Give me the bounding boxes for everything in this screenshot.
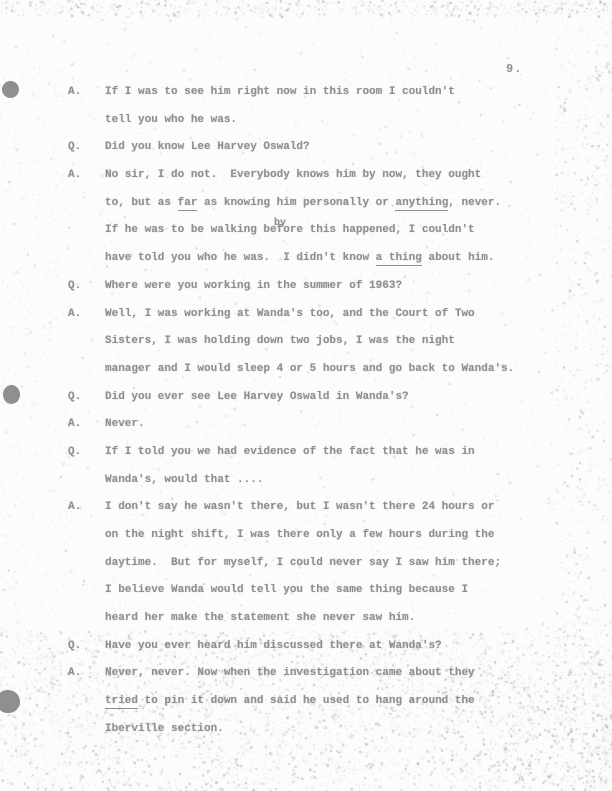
hole-punch-mark <box>3 385 20 404</box>
speaker-label: Q. <box>68 446 105 458</box>
transcript-line: Wanda's, would that .... <box>68 474 568 502</box>
line-text: Sisters, I was holding down two jobs, I … <box>105 335 455 347</box>
scanned-document-page: 9. A.If I was to see him right now in th… <box>0 0 612 791</box>
transcript-line: Sisters, I was holding down two jobs, I … <box>68 335 568 363</box>
page-number: 9. <box>506 62 522 76</box>
line-text: Have you ever heard him discussed there … <box>105 640 442 652</box>
line-text: Wanda's, would that .... <box>105 474 263 486</box>
transcript-line: Iberville section. <box>68 723 568 751</box>
transcript-line: Q.Did you know Lee Harvey Oswald? <box>68 141 568 169</box>
transcript-line: A.Well, I was working at Wanda's too, an… <box>68 308 568 336</box>
speaker-label: Q. <box>68 280 105 292</box>
speaker-label: A. <box>68 169 105 181</box>
line-text: Never. <box>105 418 145 430</box>
speaker-label: Q. <box>68 640 105 652</box>
line-text: Well, I was working at Wanda's too, and … <box>105 308 475 320</box>
line-text: If I was to see him right now in this ro… <box>105 86 455 98</box>
speaker-label: A. <box>68 667 105 679</box>
line-text: tell you who he was. <box>105 114 237 126</box>
line-text: heard her make the statement she never s… <box>105 612 415 624</box>
line-text: I don't say he wasn't there, but I wasn'… <box>105 501 494 513</box>
transcript-line: Q.If I told you we had evidence of the f… <box>68 446 568 474</box>
deposition-transcript: A.If I was to see him right now in this … <box>68 86 568 751</box>
line-text: manager and I would sleep 4 or 5 hours a… <box>105 363 514 375</box>
speaker-label: A. <box>68 86 105 98</box>
transcript-line: manager and I would sleep 4 or 5 hours a… <box>68 363 568 391</box>
hole-punch-mark <box>0 690 20 713</box>
line-text: Did you ever see Lee Harvey Oswald in Wa… <box>105 391 409 403</box>
typed-insertion-word: by <box>274 218 286 229</box>
transcript-line: A.Never. <box>68 418 568 446</box>
transcript-line: A.If I was to see him right now in this … <box>68 86 568 114</box>
transcript-line: have told you who he was. I didn't know … <box>68 252 568 280</box>
line-text: Iberville section. <box>105 723 224 735</box>
line-text: to, but as far as knowing him personally… <box>105 197 501 211</box>
line-text: daytime. But for myself, I could never s… <box>105 557 501 569</box>
transcript-line: Q.Did you ever see Lee Harvey Oswald in … <box>68 391 568 419</box>
transcript-line: A.I don't say he wasn't there, but I was… <box>68 501 568 529</box>
speaker-label: Q. <box>68 141 105 153</box>
transcript-line: on the night shift, I was there only a f… <box>68 529 568 557</box>
line-text: have told you who he was. I didn't know … <box>105 252 495 266</box>
transcript-line: If he was to be walking before this happ… <box>68 224 568 252</box>
speaker-label: A. <box>68 308 105 320</box>
transcript-line: Q.Have you ever heard him discussed ther… <box>68 640 568 668</box>
speaker-label: A. <box>68 418 105 430</box>
line-text: I believe Wanda would tell you the same … <box>105 584 468 596</box>
transcript-line: tell you who he was. <box>68 114 568 142</box>
speaker-label: Q. <box>68 391 105 403</box>
line-text: No sir, I do not. Everybody knows him by… <box>105 169 481 181</box>
line-text: on the night shift, I was there only a f… <box>105 529 494 541</box>
transcript-line: I believe Wanda would tell you the same … <box>68 584 568 612</box>
speaker-label: A. <box>68 501 105 513</box>
transcript-line: daytime. But for myself, I could never s… <box>68 557 568 585</box>
hole-punch-mark <box>2 81 19 98</box>
line-text: If he was to be walking before this happ… <box>105 224 475 236</box>
line-text: Did you know Lee Harvey Oswald? <box>105 141 310 153</box>
transcript-line: to, but as far as knowing him personally… <box>68 197 568 225</box>
line-text: tried to pin it down and said he used to… <box>105 695 475 709</box>
line-text: If I told you we had evidence of the fac… <box>105 446 475 458</box>
transcript-line: tried to pin it down and said he used to… <box>68 695 568 723</box>
transcript-line: heard her make the statement she never s… <box>68 612 568 640</box>
line-text: Where were you working in the summer of … <box>105 280 402 292</box>
transcript-line: A.No sir, I do not. Everybody knows him … <box>68 169 568 197</box>
line-text: Never, never. Now when the investigation… <box>105 667 475 679</box>
transcript-line: A.Never, never. Now when the investigati… <box>68 667 568 695</box>
transcript-line: Q.Where were you working in the summer o… <box>68 280 568 308</box>
